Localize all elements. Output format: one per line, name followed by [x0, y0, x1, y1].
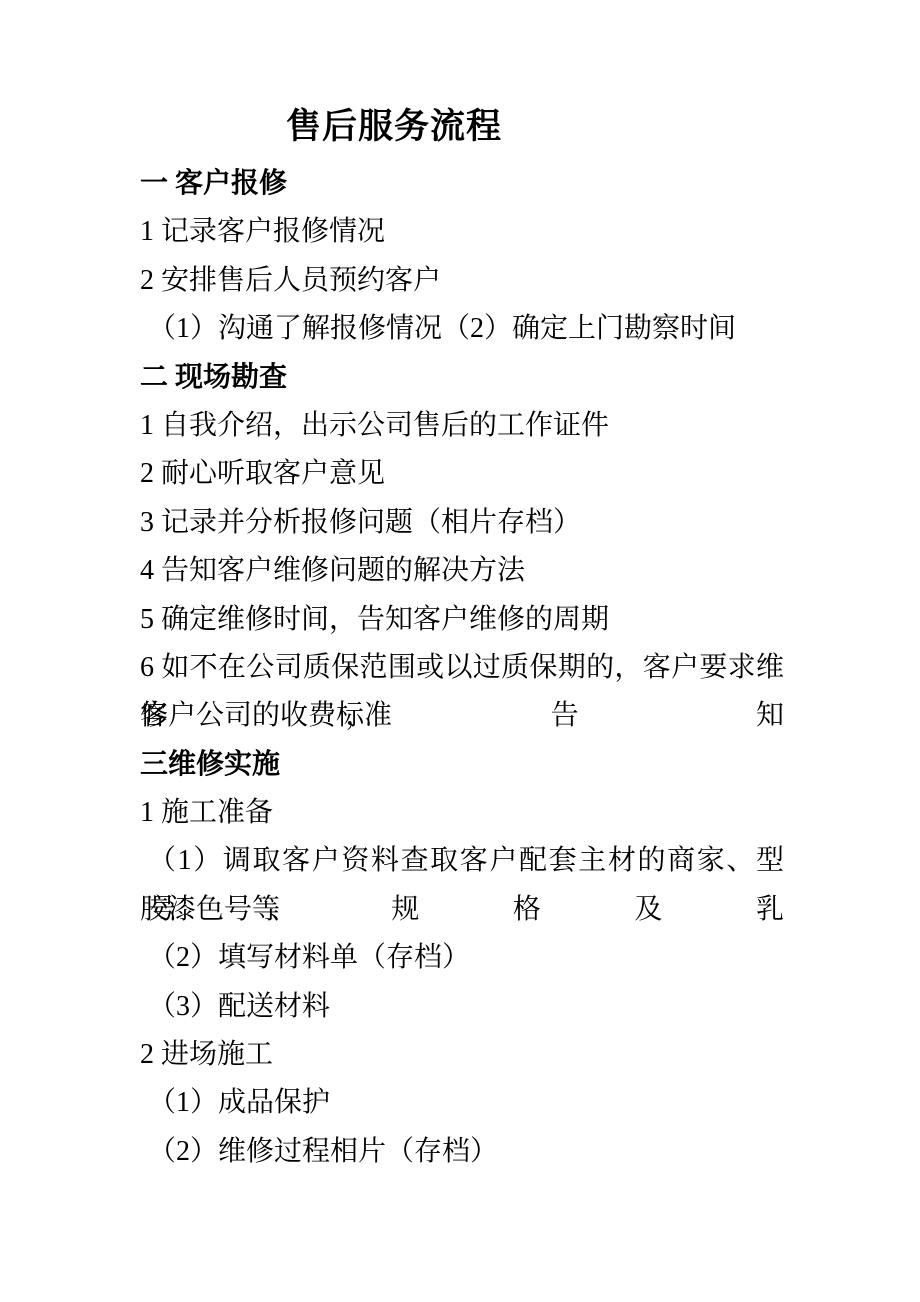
list-item: 3 记录并分析报修问题（相片存档） [140, 499, 784, 547]
list-item: 2 安排售后人员预约客户 [140, 257, 784, 305]
list-subitem: （3）配送材料 [140, 983, 784, 1031]
list-item: 1 自我介绍，出示公司售后的工作证件 [140, 402, 784, 450]
list-item: 2 耐心听取客户意见 [140, 450, 784, 498]
section-heading-site-survey: 二 现场勘查 [140, 354, 784, 402]
list-item: 4 告知客户维修问题的解决方法 [140, 547, 784, 595]
list-subitem: （2）维修过程相片（存档） [140, 1128, 784, 1176]
section-heading-customer-report: 一 客户报修 [140, 160, 784, 208]
document-body: 售后服务流程 一 客户报修 1 记录客户报修情况 2 安排售后人员预约客户 （1… [140, 102, 784, 1176]
list-subitem: （2）填写材料单（存档） [140, 934, 784, 982]
list-item: 5 确定维修时间，告知客户维修的周期 [140, 596, 784, 644]
document-page: 售后服务流程 一 客户报修 1 记录客户报修情况 2 安排售后人员预约客户 （1… [0, 0, 920, 1302]
list-subitem: （1）成品保护 [140, 1079, 784, 1127]
list-item: 1 记录客户报修情况 [140, 208, 784, 256]
list-item: 2 进场施工 [140, 1031, 784, 1079]
list-subitem-wrapped-line-1: （1）调取客户资料查取客户配套主材的商家、型号、规格及乳 [140, 837, 784, 885]
list-item-wrapped-line-1: 6 如不在公司质保范围或以过质保期的，客户要求维修，告知 [140, 644, 784, 692]
section-heading-repair-implementation: 三维修实施 [140, 741, 784, 789]
document-title: 售后服务流程 [140, 102, 648, 152]
list-item: 1 施工准备 [140, 789, 784, 837]
list-subitem: （1）沟通了解报修情况（2）确定上门勘察时间 [140, 305, 784, 353]
